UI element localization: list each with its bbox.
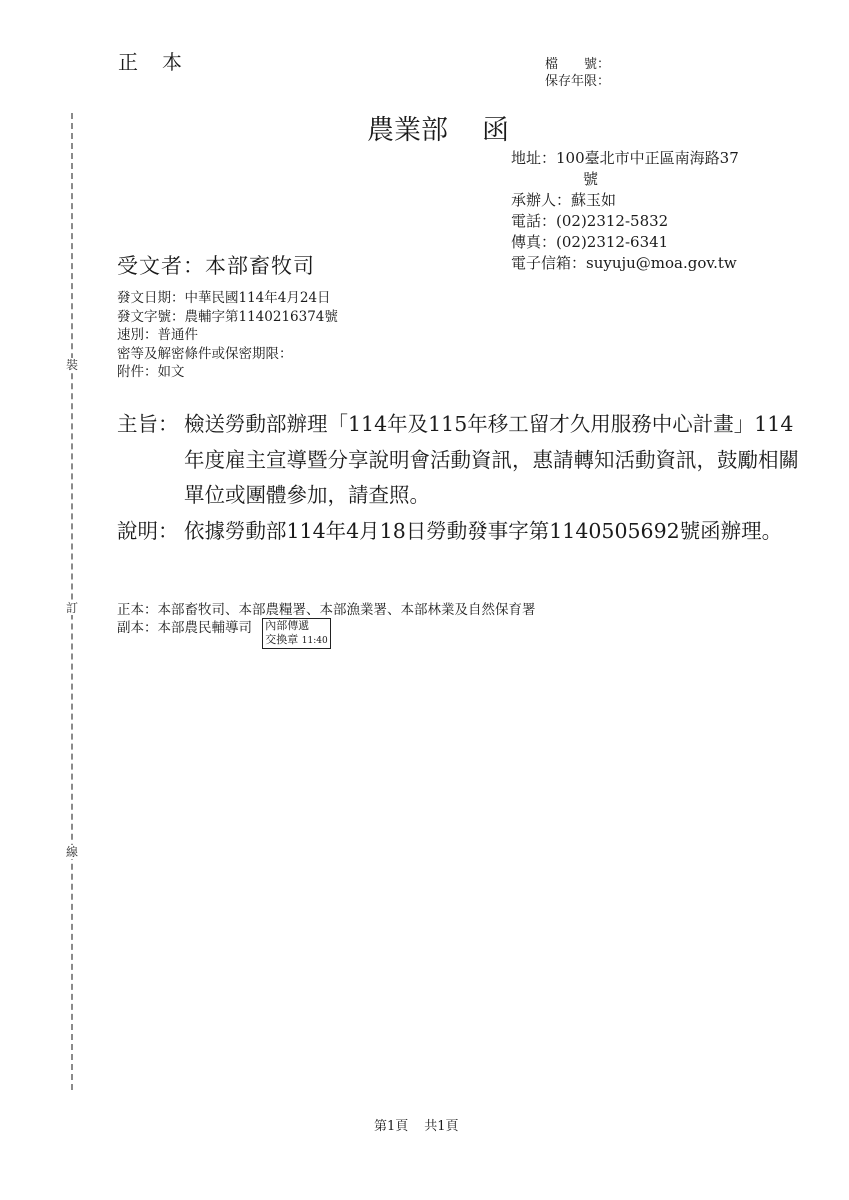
subject-label: 主旨：: [117, 407, 184, 514]
stamp-time: 11:40: [302, 636, 328, 646]
explanation-label: 說明：: [117, 514, 184, 550]
copy-recipients: 副本：本部農民輔導司: [117, 620, 252, 636]
page-total: 共1頁: [424, 1119, 458, 1134]
page-number: 第1頁: [374, 1119, 408, 1134]
email: 電子信箱：suyuju@moa.gov.tw: [511, 253, 739, 274]
subject-section: 主旨： 檢送勞動部辦理「114年及115年移工留才久用服務中心計畫」114年度雇…: [117, 407, 804, 514]
file-number-label: 檔 號：: [545, 56, 610, 73]
stamp-line2: 交換章 11:40: [265, 633, 327, 648]
document-number: 發文字號：農輔字第1140216374號: [117, 308, 338, 327]
agency-name: 農業部: [367, 115, 448, 146]
stamp-line1: 內部傳遞: [265, 619, 327, 633]
binding-label-xian: 線: [64, 845, 80, 859]
file-meta: 檔 號： 保存年限：: [545, 56, 610, 90]
document-title: 農業部函: [367, 108, 509, 147]
explanation-section: 說明： 依據勞動部114年4月18日勞動發事字第1140505692號函辦理。: [117, 514, 804, 550]
security-level: 密等及解密條件或保密期限：: [117, 345, 338, 364]
address-line1: 100臺北市中正區南海路37: [556, 149, 739, 167]
page-footer: 第1頁共1頁: [374, 1115, 459, 1134]
exchange-stamp: 內部傳遞 交換章 11:40: [262, 618, 330, 649]
retention-period-label: 保存年限：: [545, 73, 610, 90]
document-body: 主旨： 檢送勞動部辦理「114年及115年移工留才久用服務中心計畫」114年度雇…: [117, 407, 804, 549]
explanation-text: 依據勞動部114年4月18日勞動發事字第1140505692號函辦理。: [184, 514, 804, 550]
stamp-line2-text: 交換章: [265, 633, 298, 646]
distribution-list: 正本：本部畜牧司、本部農糧署、本部漁業署、本部林業及自然保育署 副本：本部農民輔…: [117, 601, 536, 649]
address: 地址：100臺北市中正區南海路37: [511, 148, 739, 169]
delivery-speed: 速別：普通件: [117, 326, 338, 345]
subject-text: 檢送勞動部辦理「114年及115年移工留才久用服務中心計畫」114年度雇主宣導暨…: [184, 407, 804, 514]
fax: 傳真：(02)2312-6341: [511, 232, 739, 253]
binding-label-ding: 訂: [64, 601, 80, 615]
copy-type-label: 正本: [118, 46, 206, 75]
address-line2: 號: [511, 169, 739, 190]
phone: 電話：(02)2312-5832: [511, 211, 739, 232]
document-meta: 發文日期：中華民國114年4月24日 發文字號：農輔字第1140216374號 …: [117, 289, 338, 382]
contact-info: 地址：100臺北市中正區南海路37 號 承辦人：蘇玉如 電話：(02)2312-…: [511, 148, 739, 274]
copy-recipients-row: 副本：本部農民輔導司 內部傳遞 交換章 11:40: [117, 619, 536, 649]
issue-date: 發文日期：中華民國114年4月24日: [117, 289, 338, 308]
address-label: 地址：: [511, 149, 556, 167]
recipient: 受文者：本部畜牧司: [117, 250, 315, 280]
attachment: 附件：如文: [117, 363, 338, 382]
binding-label-zhuang: 裝: [64, 358, 80, 372]
handler: 承辦人：蘇玉如: [511, 190, 739, 211]
main-recipients: 正本：本部畜牧司、本部農糧署、本部漁業署、本部林業及自然保育署: [117, 601, 536, 619]
document-type: 函: [482, 115, 509, 146]
